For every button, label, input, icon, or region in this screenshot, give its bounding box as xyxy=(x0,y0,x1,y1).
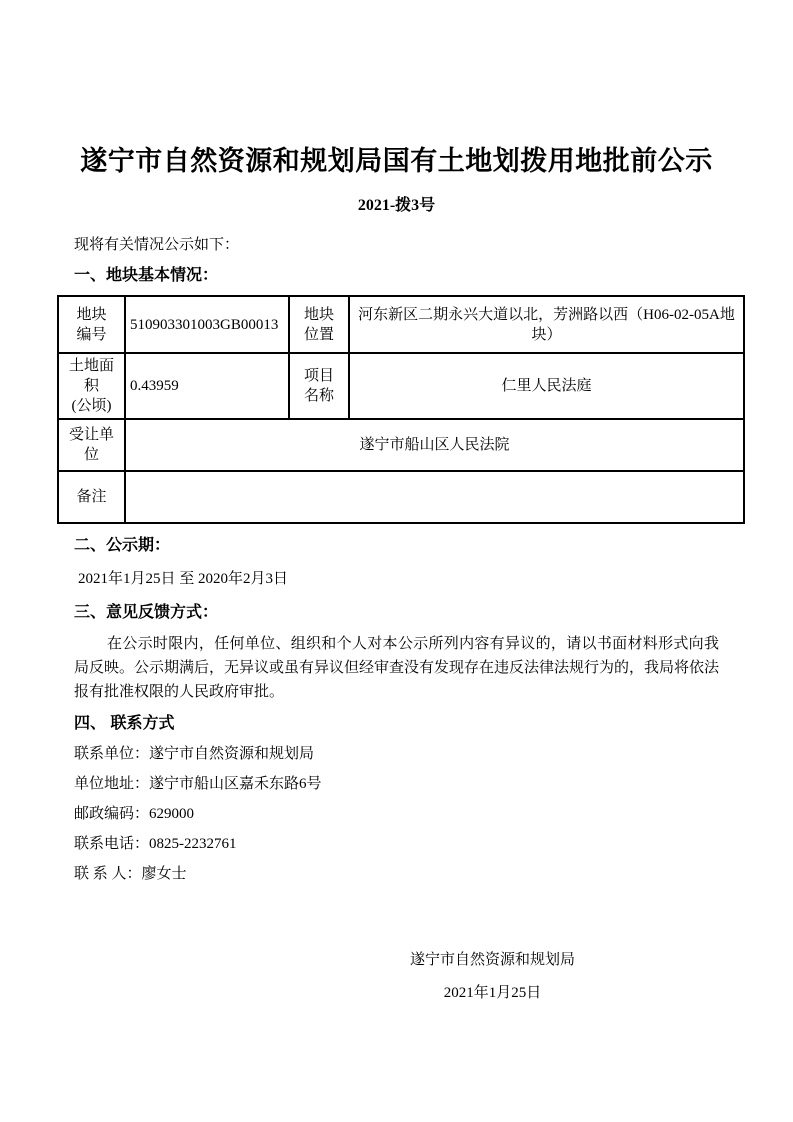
signature-date: 2021年1月25日 xyxy=(266,983,719,1003)
intro-line: 现将有关情况公示如下： xyxy=(74,235,719,255)
contact-address-line: 单位地址：遂宁市船山区嘉禾东路6号 xyxy=(74,774,719,794)
project-name-value: 仁里人民法庭 xyxy=(349,353,744,419)
document-number: 2021-拨3号 xyxy=(0,196,793,216)
page-title: 遂宁市自然资源和规划局国有土地划拨用地批前公示 xyxy=(40,142,753,180)
transferee-label: 受让单位 xyxy=(58,419,125,471)
notice-page: 遂宁市自然资源和规划局国有土地划拨用地批前公示 2021-拨3号 现将有关情况公… xyxy=(0,0,793,1122)
notice-body: 现将有关情况公示如下： 一、地块基本情况： 地块 编号 510903301003… xyxy=(0,235,793,1003)
table-row: 备注 xyxy=(58,471,744,523)
transferee-value: 遂宁市船山区人民法院 xyxy=(125,419,744,471)
contact-phone-line: 联系电话：0825-2232761 xyxy=(74,834,719,854)
contact-unit-line: 联系单位：遂宁市自然资源和规划局 xyxy=(74,744,719,764)
table-row: 土地面积 (公顷) 0.43959 项目 名称 仁里人民法庭 xyxy=(58,353,744,419)
contact-phone-label: 联系电话： xyxy=(74,836,149,852)
contact-person-line: 联 系 人：廖女士 xyxy=(74,864,719,884)
contact-phone-value: 0825-2232761 xyxy=(149,836,237,852)
land-area-value: 0.43959 xyxy=(125,353,289,419)
land-area-label: 土地面积 (公顷) xyxy=(58,353,125,419)
section-heading-contact-info: 四、 联系方式 xyxy=(74,714,719,734)
project-name-label: 项目 名称 xyxy=(289,353,349,419)
contact-postcode-value: 629000 xyxy=(149,806,194,822)
feedback-paragraph: 在公示时限内，任何单位、组织和个人对本公示所列内容有异议的，请以书面材料形式向我… xyxy=(74,632,719,704)
contact-postcode-label: 邮政编码： xyxy=(74,806,149,822)
section-heading-publicity-period: 二、公示期： xyxy=(74,536,719,556)
remarks-value xyxy=(125,471,744,523)
publicity-period-value: 2021年1月25日 至 2020年2月3日 xyxy=(74,569,719,589)
contact-postcode-line: 邮政编码：629000 xyxy=(74,804,719,824)
signature-block: 遂宁市自然资源和规划局 2021年1月25日 xyxy=(74,950,719,1003)
contact-address-value: 遂宁市船山区嘉禾东路6号 xyxy=(149,776,322,792)
contact-address-label: 单位地址： xyxy=(74,776,149,792)
location-label: 地块 位置 xyxy=(289,296,349,353)
contact-unit-label: 联系单位： xyxy=(74,746,149,762)
parcel-number-value: 510903301003GB00013 xyxy=(125,296,289,353)
parcel-info-table: 地块 编号 510903301003GB00013 地块 位置 河东新区二期永兴… xyxy=(57,295,745,524)
contact-person-value: 廖女士 xyxy=(142,866,187,882)
remarks-label: 备注 xyxy=(58,471,125,523)
table-row: 受让单位 遂宁市船山区人民法院 xyxy=(58,419,744,471)
contact-unit-value: 遂宁市自然资源和规划局 xyxy=(149,746,314,762)
signature-org: 遂宁市自然资源和规划局 xyxy=(266,950,719,970)
parcel-number-label: 地块 编号 xyxy=(58,296,125,353)
section-heading-parcel-info: 一、地块基本情况： xyxy=(74,266,719,286)
contact-person-label: 联 系 人： xyxy=(74,866,142,882)
table-row: 地块 编号 510903301003GB00013 地块 位置 河东新区二期永兴… xyxy=(58,296,744,353)
section-heading-feedback-method: 三、意见反馈方式： xyxy=(74,603,719,623)
location-value: 河东新区二期永兴大道以北，芳洲路以西（H06-02-05A地块） xyxy=(349,296,744,353)
